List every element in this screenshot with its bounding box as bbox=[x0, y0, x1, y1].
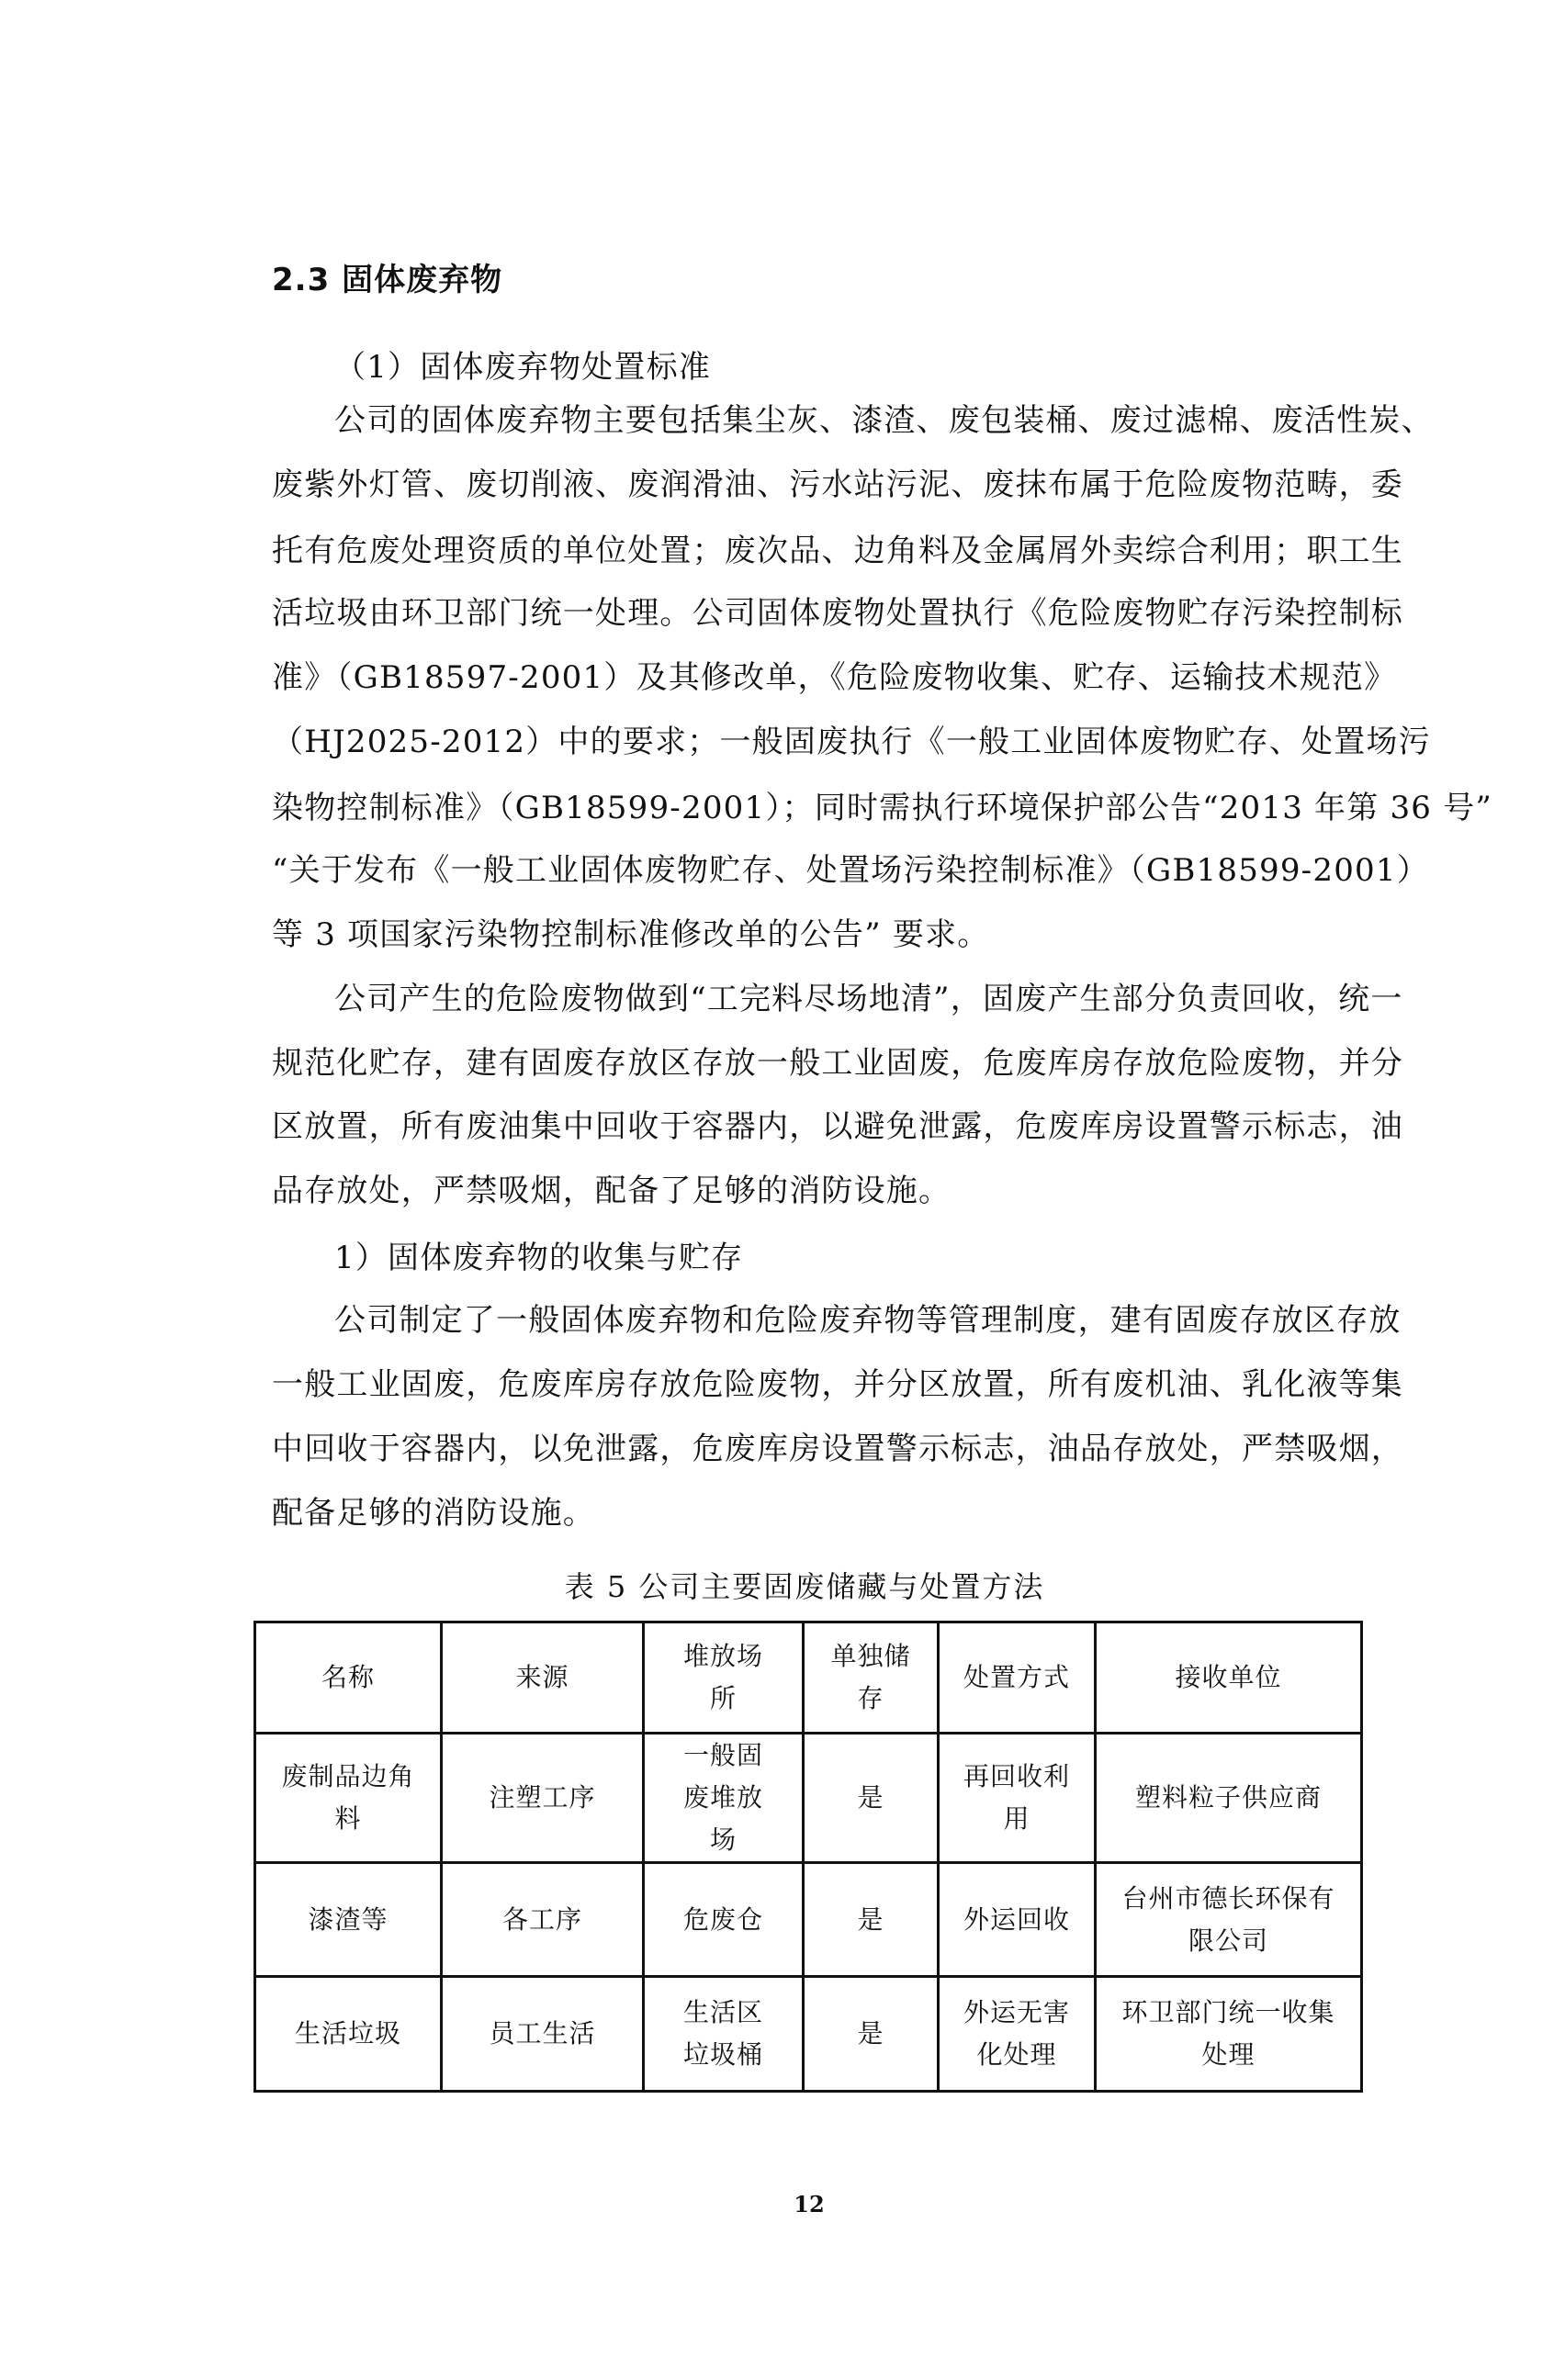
paragraph-line: 一般工业固废，危废库房存放危险废物，并分区放置，所有废机油、乳化液等集 bbox=[272, 1353, 1337, 1417]
header-name: 名称 bbox=[255, 1622, 442, 1734]
solid-waste-table: 名称 来源 堆放场所 单独储存 处置方式 接收单位 废制品边角料 注塑工序 一般… bbox=[253, 1621, 1363, 2093]
paragraph-line: 染物控制标准》（GB18599-2001）；同时需执行环境保护部公告“2013 … bbox=[272, 776, 1337, 840]
paragraph-line: 品存放处，严禁吸烟，配备了足够的消防设施。 bbox=[272, 1159, 1337, 1223]
cell-disposal-method: 外运回收 bbox=[939, 1863, 1096, 1977]
table-caption: 表 5 公司主要固废储藏与处置方法 bbox=[272, 1561, 1337, 1612]
cell-name: 漆渣等 bbox=[255, 1863, 442, 1977]
paragraph-line: 准》（GB18597-2001）及其修改单，《危险废物收集、贮存、运输技术规范》 bbox=[272, 646, 1337, 710]
paragraph-line: 公司产生的危险废物做到“工完料尽场地清”，固废产生部分负责回收，统一 bbox=[334, 967, 1337, 1031]
cell-source: 员工生活 bbox=[442, 1977, 644, 2092]
paragraph-line: 规范化贮存，建有固废存放区存放一般工业固废，危废库房存放危险废物，并分 bbox=[272, 1031, 1337, 1095]
cell-disposal-method: 外运无害化处理 bbox=[939, 1977, 1096, 2092]
paragraph-line: 等 3 项国家污染物控制标准修改单的公告” 要求。 bbox=[272, 903, 1337, 967]
cell-name: 废制品边角料 bbox=[255, 1734, 442, 1863]
cell-disposal-method: 再回收利用 bbox=[939, 1734, 1096, 1863]
cell-receiving-unit: 环卫部门统一收集处理 bbox=[1096, 1977, 1362, 2092]
header-source: 来源 bbox=[442, 1622, 644, 1734]
cell-storage-site: 危废仓 bbox=[644, 1863, 804, 1977]
header-storage-site: 堆放场所 bbox=[644, 1622, 804, 1734]
paragraph-line: 废紫外灯管、废切削液、废润滑油、污水站污泥、废抹布属于危险废物范畴，委 bbox=[272, 453, 1337, 517]
subsection-title-collection: 1）固体废弃物的收集与贮存 bbox=[334, 1226, 1337, 1290]
cell-separate-storage: 是 bbox=[804, 1734, 939, 1863]
cell-storage-site: 一般固废堆放场 bbox=[644, 1734, 804, 1863]
cell-name: 生活垃圾 bbox=[255, 1977, 442, 2092]
header-receiving-unit: 接收单位 bbox=[1096, 1622, 1362, 1734]
paragraph-line: 公司的固体废弃物主要包括集尘灰、漆渣、废包装桶、废过滤棉、废活性炭、 bbox=[334, 388, 1337, 453]
table-row: 废制品边角料 注塑工序 一般固废堆放场 是 再回收利用 塑料粒子供应商 bbox=[255, 1734, 1362, 1863]
paragraph-line: 公司制定了一般固体废弃物和危险废弃物等管理制度，建有固废存放区存放 bbox=[334, 1288, 1337, 1353]
cell-receiving-unit: 台州市德长环保有限公司 bbox=[1096, 1863, 1362, 1977]
paragraph-line: 中回收于容器内，以免泄露，危废库房设置警示标志，油品存放处，严禁吸烟， bbox=[272, 1417, 1337, 1481]
table-row: 漆渣等 各工序 危废仓 是 外运回收 台州市德长环保有限公司 bbox=[255, 1863, 1362, 1977]
paragraph-line: 托有危废处理资质的单位处置；废次品、边角料及金属屑外卖综合利用；职工生 bbox=[272, 519, 1337, 583]
cell-storage-site: 生活区垃圾桶 bbox=[644, 1977, 804, 2092]
table-header-row: 名称 来源 堆放场所 单独储存 处置方式 接收单位 bbox=[255, 1622, 1362, 1734]
cell-source: 注塑工序 bbox=[442, 1734, 644, 1863]
page-number: 12 bbox=[777, 2189, 841, 2220]
header-separate-storage: 单独储存 bbox=[804, 1622, 939, 1734]
cell-receiving-unit: 塑料粒子供应商 bbox=[1096, 1734, 1362, 1863]
paragraph-line: 配备足够的消防设施。 bbox=[272, 1481, 1337, 1545]
cell-separate-storage: 是 bbox=[804, 1977, 939, 2092]
cell-source: 各工序 bbox=[442, 1863, 644, 1977]
header-disposal-method: 处置方式 bbox=[939, 1622, 1096, 1734]
section-heading: 2.3 固体废弃物 bbox=[272, 257, 502, 303]
paragraph-line: 活垃圾由环卫部门统一处理。公司固体废物处置执行《危险废物贮存污染控制标 bbox=[272, 581, 1337, 646]
paragraph-line: “关于发布《一般工业固体废物贮存、处置场污染控制标准》（GB18599-2001… bbox=[272, 838, 1337, 903]
document-page: 2.3 固体废弃物 （1）固体废弃物处置标准 公司的固体废弃物主要包括集尘灰、漆… bbox=[0, 0, 1554, 2380]
table-row: 生活垃圾 员工生活 生活区垃圾桶 是 外运无害化处理 环卫部门统一收集处理 bbox=[255, 1977, 1362, 2092]
cell-separate-storage: 是 bbox=[804, 1863, 939, 1977]
paragraph-line: 区放置，所有废油集中回收于容器内，以避免泄露，危废库房设置警示标志，油 bbox=[272, 1095, 1337, 1159]
paragraph-line: （HJ2025-2012）中的要求；一般固废执行《一般工业固体废物贮存、处置场污 bbox=[272, 710, 1337, 774]
